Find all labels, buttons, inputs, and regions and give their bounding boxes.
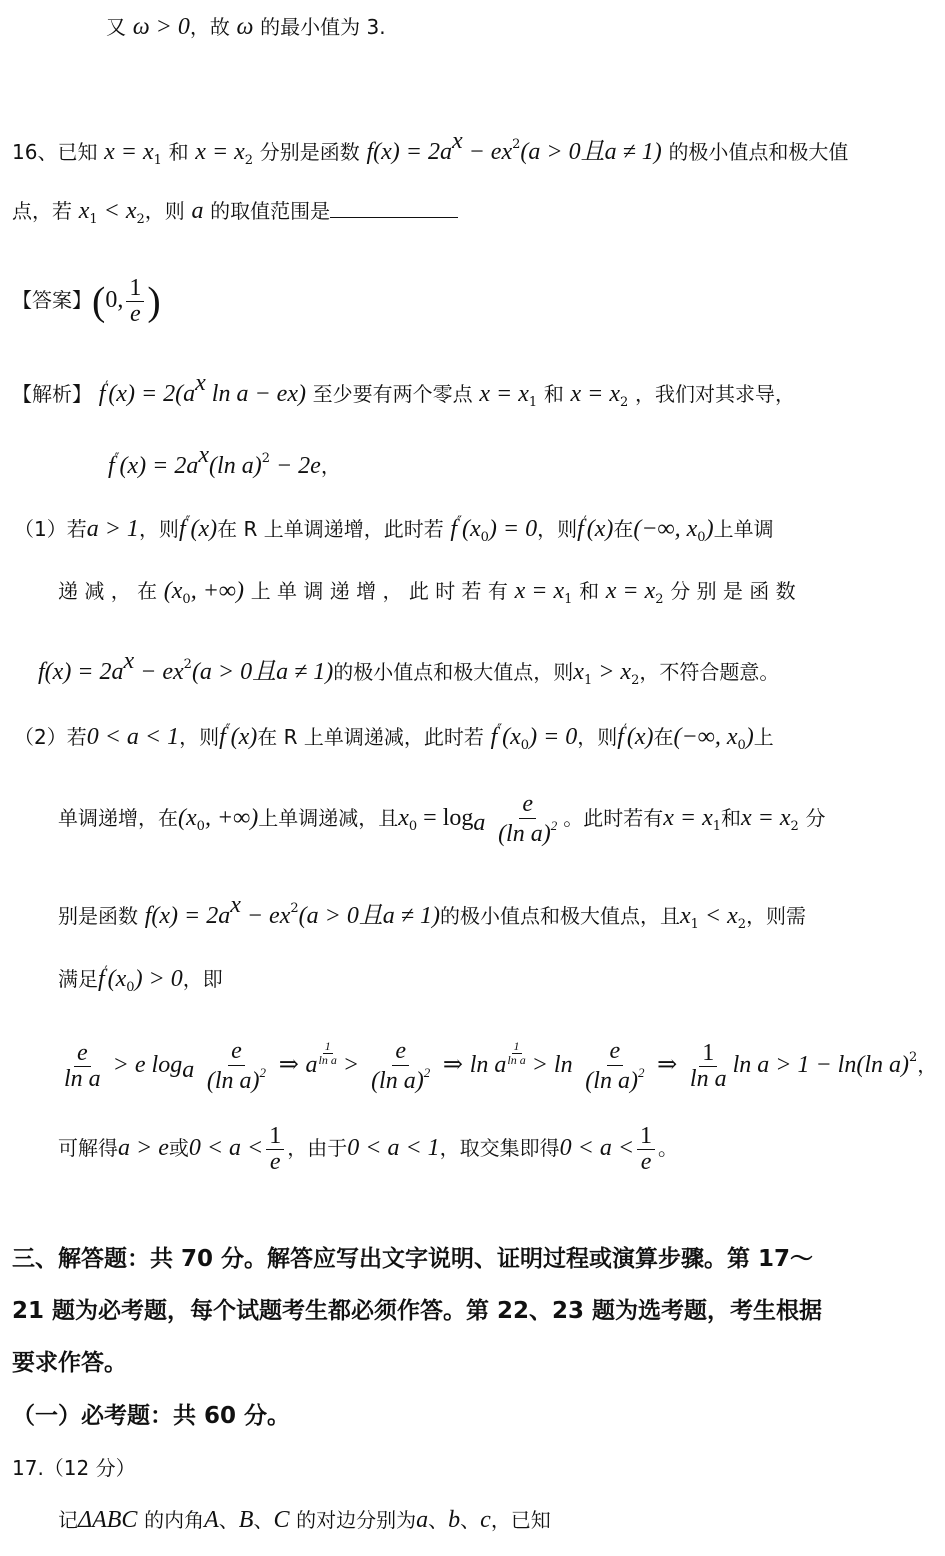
section3-heading-line1: 三、解答题：共 70 分。解答应写出文字说明、证明过程或演算步骤。第 17～ [12, 1244, 813, 1274]
analysis-line1: 【解析】 f′(x) = 2(ax ln a − ex) 至少要有两个零点 x … [12, 368, 795, 418]
analysis-line2: f″(x) = 2ax(ln a)2 − 2e， [108, 440, 341, 481]
answer-blank [330, 199, 458, 218]
case2-conclusion: 可解得a > e或0 < a <1e，由于0 < a < 1，取交集即得0 < … [58, 1118, 678, 1178]
fraction: 1e [266, 1124, 284, 1175]
case2-line1: （2）若0 < a < 1，则f″(x)在 R 上单调递减，此时若 f″(x0)… [14, 715, 774, 761]
answer-line: 【答案】(0,1e) [12, 270, 161, 332]
fraction: e(ln a)2 [582, 1039, 647, 1093]
case1-line3: f(x) = 2ax − ex2(a > 0且a ≠ 1)的极小值点和极大值点，… [38, 646, 779, 696]
implies-arrow: ⇒ [443, 1052, 463, 1078]
fraction: e(ln a)2 [204, 1039, 269, 1093]
fraction: e(ln a)2 [495, 792, 560, 846]
case2-line2: 单调递增，在(x0, +∞)上单调递减，且x0 = loga e(ln a)2。… [58, 788, 825, 857]
fraction: e(ln a)2 [368, 1039, 433, 1093]
question-number: 16、 [12, 140, 57, 164]
answer-label: 【答案】 [12, 288, 92, 312]
implies-arrow: ⇒ [279, 1052, 299, 1078]
q17-number: 17.（12 分） [12, 1453, 136, 1483]
section3-heading-line3: 要求作答。 [12, 1348, 127, 1378]
q16-stem-line2: 点，若 x1 < x2，则 a 的取值范围是 [12, 196, 458, 235]
case1-line1: （1）若a > 1，则f″(x)在 R 上单调递增，此时若 f″(x0) = 0… [14, 507, 774, 553]
fraction: eln a [61, 1041, 104, 1092]
case1-line2: 递 减 ， 在 (x0, +∞) 上 单 调 递 增 ， 此 时 若 有 x =… [58, 576, 796, 615]
section3-heading-line2: 21 题为必考题，每个试题考生都必须作答。第 22、23 题为选考题，考生根据 [12, 1296, 822, 1326]
section3-subheading: （一）必考题：共 60 分。 [12, 1401, 290, 1431]
q16-stem-line1: 16、已知 x = x1 和 x = x2 分别是函数 f(x) = 2ax −… [12, 126, 848, 176]
prev-conclusion: 又 ω > 0，故 ω 的最小值为 3. [106, 12, 386, 42]
fraction: 1e [126, 276, 144, 327]
fraction: 1ln a [687, 1041, 730, 1092]
implies-arrow: ⇒ [657, 1052, 677, 1078]
fraction: 1e [637, 1124, 655, 1175]
q17-stem: 记ΔABC 的内角A、B、C 的对边分别为a、b、c，已知 [58, 1505, 551, 1535]
case2-line3: 别是函数 f(x) = 2ax − ex2(a > 0且a ≠ 1)的极小值点和… [58, 890, 806, 940]
analysis-label: 【解析】 [12, 382, 92, 406]
inequality-chain: eln a > e loga e(ln a)2 ⇒ a1ln a > e(ln … [58, 1028, 937, 1100]
case2-line4: 满足f′(x0) > 0，即 [58, 957, 223, 1003]
